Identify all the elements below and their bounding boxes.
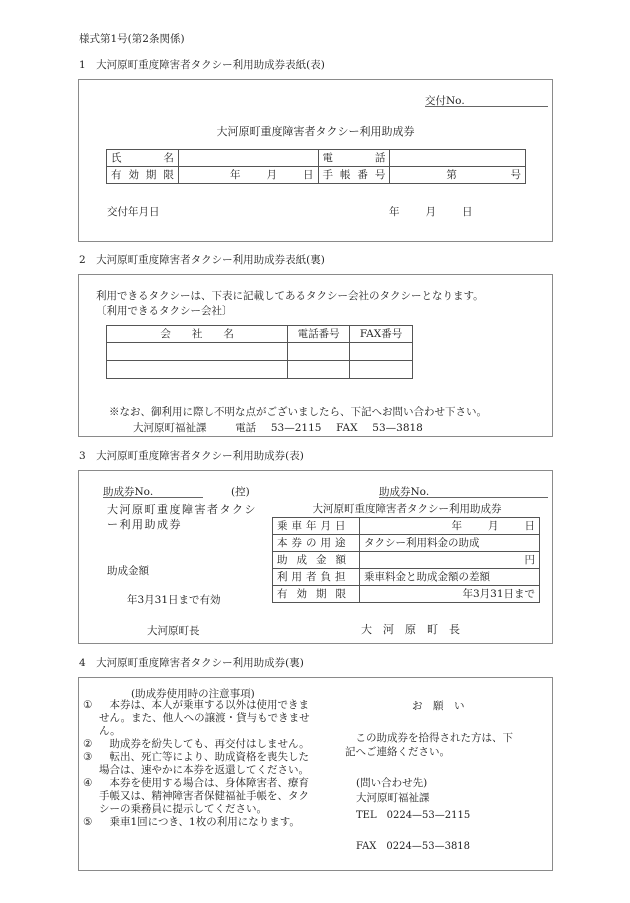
section1-title: 大河原町重度障害者タクシー利用助成券 [79, 123, 552, 139]
stub-amount-label: 助成金額 [107, 563, 149, 578]
contact-fax: 53—3818 [372, 422, 423, 434]
company-name-cell[interactable] [107, 361, 288, 379]
request-body-line1: この助成券を拾得された方は、下 [345, 730, 513, 745]
purpose-label: 本券の用途 [277, 537, 350, 549]
note-text: 本券は、本人が乗車する以外は使用できません。また、他人への譲渡・貸与もできません… [99, 699, 315, 738]
user-share-label: 利用者負担 [277, 571, 350, 583]
note-number: ④ [83, 777, 99, 816]
issue-day-unit: 日 [462, 204, 473, 219]
company-phone-cell[interactable] [288, 343, 350, 361]
validity-label-2: 効 [128, 167, 139, 183]
issue-year-unit: 年 [389, 204, 400, 219]
validity-label-4: 限 [163, 167, 174, 183]
section3-box: 助成券No. (控) 大河原町重度障害者タクシー利用助成券 助成金額 年3月31… [78, 470, 553, 644]
inquiry-note: ※なお、御利用に際し不明な点がございましたら、下記へお問い合わせ下さい。 [109, 404, 487, 419]
contact-line: 大河原町福祉課 電話 53—2115 FAX 53—3818 [133, 420, 423, 435]
note-number: ① [83, 699, 99, 738]
section2-intro: 利用できるタクシーは、下表に記載してあるタクシー会社のタクシーとなります。 [96, 288, 484, 303]
ride-month-unit: 月 [488, 518, 499, 534]
section3-heading: 3 大河原町重度障害者タクシー利用助成券(表) [79, 448, 304, 463]
ticket-mayor: 大 河 原 町 長 [361, 621, 460, 637]
user-share-value: 乗車料金と助成金額の差額 [360, 569, 540, 586]
request-title: お 願 い [412, 698, 465, 713]
note-number: ③ [83, 751, 99, 777]
phone-label-1: 電 [323, 150, 334, 166]
year-unit: 年 [230, 167, 241, 183]
holder-info-table: 氏名 電話 有効期限 年月日 手帳番号 第号 [106, 149, 526, 184]
issue-month-unit: 月 [426, 204, 437, 219]
company-fax-cell[interactable] [350, 361, 413, 379]
issue-date-label: 交付年月日 [107, 204, 160, 219]
stub-validity: 年3月31日まで有効 [127, 592, 221, 607]
contact-title: (問い合わせ先) [356, 775, 427, 790]
number-prefix: 第 [446, 167, 457, 183]
issue-date-field[interactable]: 年 月 日 [389, 204, 473, 219]
stub-mayor: 大河原町長 [147, 623, 200, 638]
handbook-label-1: 手 [323, 167, 334, 183]
header-company-name: 会 社 名 [107, 326, 288, 343]
ticket-label-user-share: 利用者負担 [273, 569, 360, 586]
handbook-label-4: 号 [375, 167, 386, 183]
month-unit: 月 [267, 167, 278, 183]
company-phone-cell[interactable] [288, 361, 350, 379]
note-item: ⑤ 乗車1回につき、1枚の利用になります。 [83, 816, 315, 829]
ride-date-field[interactable]: 年月日 [360, 518, 540, 535]
ride-date-label: 乗車年月日 [277, 520, 350, 532]
name-label-1: 氏 [111, 150, 122, 166]
contact-tel: TEL 0224—53—2115 [356, 806, 470, 821]
section4-heading: 4 大河原町重度障害者タクシー利用助成券(裏) [79, 655, 304, 670]
stub-copy-mark: (控) [231, 484, 250, 499]
section2-heading: 2 大河原町重度障害者タクシー利用助成券表紙(裏) [79, 252, 325, 267]
contact-fax-label: FAX [336, 422, 357, 434]
handbook-number-field[interactable]: 第号 [390, 167, 526, 184]
ticket-label-amount: 助成金額 [273, 552, 360, 569]
ticket-validity-label: 有効期限 [277, 588, 355, 600]
note-number: ② [83, 738, 99, 751]
issue-no-field[interactable] [425, 93, 548, 107]
company-fax-cell[interactable] [350, 343, 413, 361]
section4-box: (助成券使用時の注意事項) ① 本券は、本人が乗車する以外は使用できません。また… [78, 677, 553, 871]
section1-box: 交付No. 大河原町重度障害者タクシー利用助成券 氏名 電話 有効期限 年月日 … [78, 79, 553, 242]
ticket-no-field[interactable] [379, 484, 548, 498]
day-unit: 日 [303, 167, 314, 183]
company-name-cell[interactable] [107, 343, 288, 361]
amount-label: 助成金額 [277, 554, 355, 566]
phone-label-2: 話 [375, 150, 386, 166]
notes-list: ① 本券は、本人が乗車する以外は使用できません。また、他人への譲渡・貸与もできま… [83, 699, 315, 829]
note-number: ⑤ [83, 816, 99, 829]
amount-field[interactable]: 円 [360, 552, 540, 569]
ticket-table: 乗車年月日 年月日 本券の用途 タクシー利用料金の助成 助成金額 円 利用者負担… [272, 517, 540, 603]
ticket-label-ride-date: 乗車年月日 [273, 518, 360, 535]
ride-year-unit: 年 [452, 518, 463, 534]
note-item: ① 本券は、本人が乗車する以外は使用できません。また、他人への譲渡・貸与もできま… [83, 699, 315, 738]
validity-field[interactable]: 年月日 [178, 167, 318, 184]
header-fax: FAX番号 [350, 326, 413, 343]
stub-no-field[interactable] [103, 484, 203, 498]
contact-phone: 53—2115 [271, 422, 322, 434]
section2-box: 利用できるタクシーは、下表に記載してあるタクシー会社のタクシーとなります。 〔利… [78, 274, 553, 437]
contact-office: 大河原町福祉課 [133, 422, 207, 434]
header-phone: 電話番号 [288, 326, 350, 343]
note-item: ④ 本券を使用する場合は、身体障害者、療育手帳又は、精神障害者保健福祉手帳を、タ… [83, 777, 315, 816]
purpose-value: タクシー利用料金の助成 [360, 535, 540, 552]
request-body-line2: 記へご連絡ください。 [345, 744, 450, 759]
validity-label-3: 期 [146, 167, 157, 183]
validity-label-1: 有 [111, 167, 122, 183]
ticket-label-validity: 有効期限 [273, 586, 360, 603]
form-label: 様式第1号(第2条関係) [79, 31, 185, 46]
stub-title: 大河原町重度障害者タクシー利用助成券 [107, 502, 257, 532]
handbook-label-2: 帳 [340, 167, 351, 183]
name-label-2: 名 [163, 150, 174, 166]
note-text: 助成券を紛失しても、再交付はしません。 [99, 738, 315, 751]
note-text: 本券を使用する場合は、身体障害者、療育手帳又は、精神障害者保健福祉手帳を、タクシ… [99, 777, 315, 816]
ticket-label-purpose: 本券の用途 [273, 535, 360, 552]
taxi-company-table: 会 社 名 電話番号 FAX番号 [106, 325, 413, 379]
contact-fax: FAX 0224—53—3818 [356, 837, 470, 852]
phone-field[interactable] [390, 150, 526, 167]
contact-phone-label: 電話 [235, 422, 256, 434]
note-text: 乗車1回につき、1枚の利用になります。 [99, 816, 315, 829]
ticket-title: 大河原町重度障害者タクシー利用助成券 [272, 501, 542, 516]
note-item: ③ 転出、死亡等により、助成資格を喪失した場合は、速やかに本券を返還してください… [83, 751, 315, 777]
handbook-label-3: 番 [357, 167, 368, 183]
number-suffix: 号 [511, 167, 522, 183]
section2-subheading: 〔利用できるタクシー会社〕 [96, 303, 233, 318]
section1-heading: 1 大河原町重度障害者タクシー利用助成券表紙(表) [79, 57, 325, 72]
note-item: ② 助成券を紛失しても、再交付はしません。 [83, 738, 315, 751]
name-field[interactable] [178, 150, 318, 167]
note-text: 転出、死亡等により、助成資格を喪失した場合は、速やかに本券を返還してください。 [99, 751, 315, 777]
ticket-validity-field[interactable]: 年3月31日まで [360, 586, 540, 603]
contact-office: 大河原町福祉課 [356, 790, 430, 805]
ride-day-unit: 日 [525, 518, 536, 534]
